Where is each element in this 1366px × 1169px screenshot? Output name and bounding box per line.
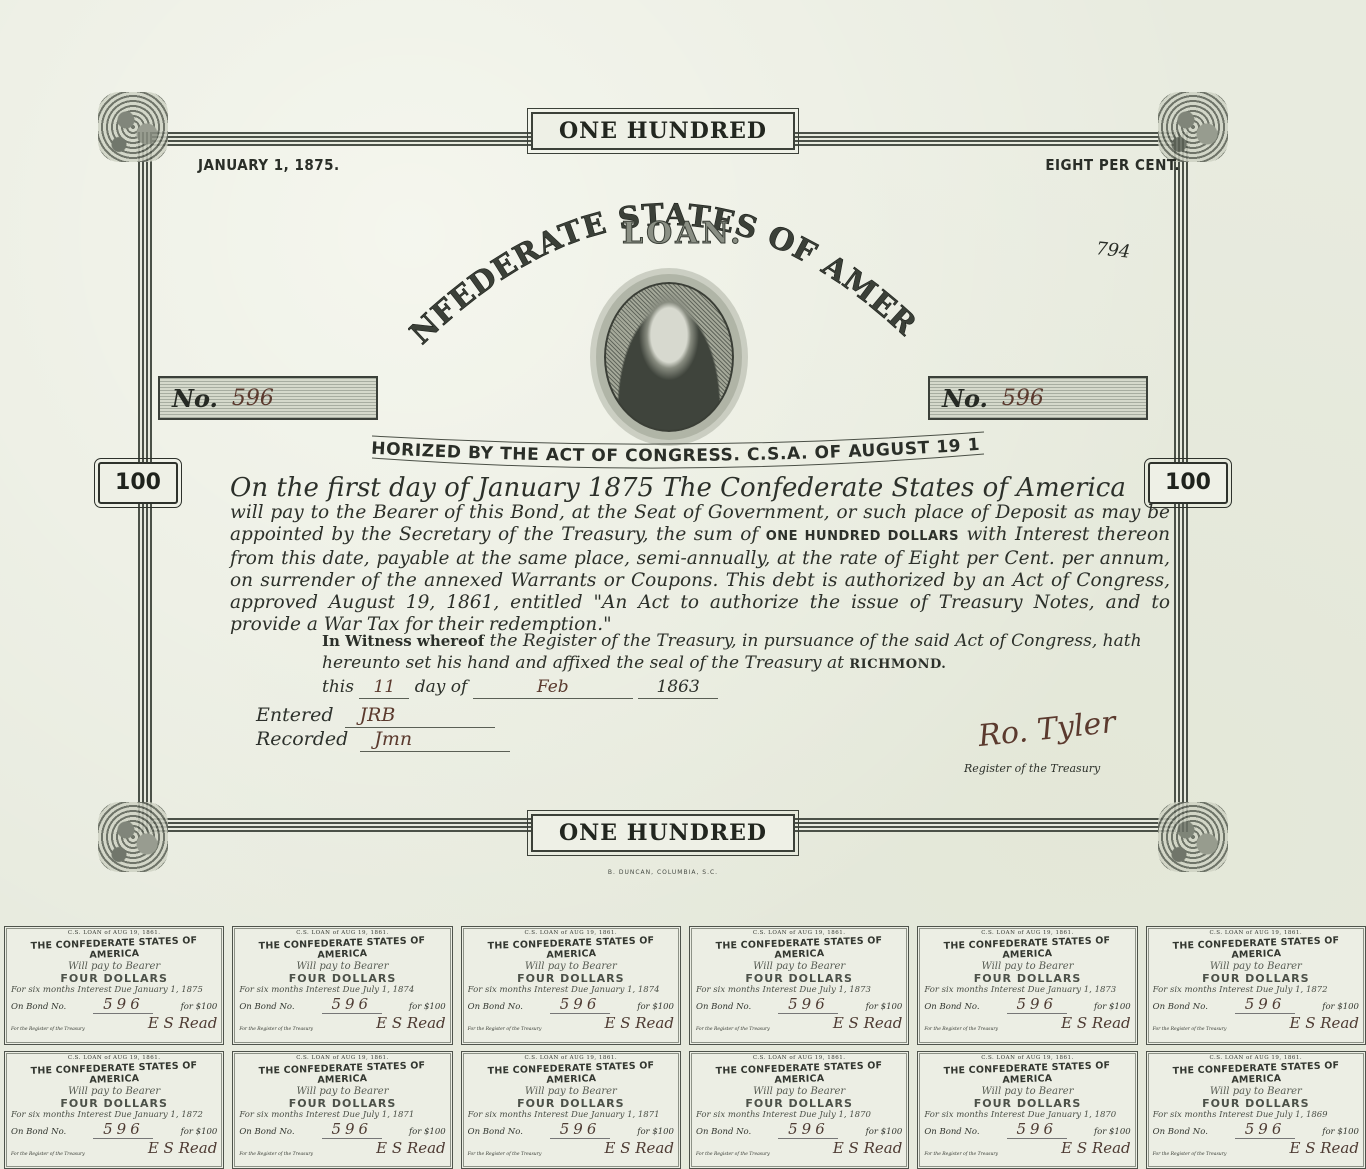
coupon-bond-number: 596 xyxy=(93,1120,153,1139)
coupon-signature: E S Read xyxy=(1061,1139,1130,1157)
coupon-register-label: For the Register of the Treasury xyxy=(1153,1152,1227,1157)
coupon-register-label: For the Register of the Treasury xyxy=(1153,1027,1227,1032)
corner-ornament-icon xyxy=(98,802,168,872)
coupon-amount: FOUR DOLLARS xyxy=(468,972,674,985)
coupon-bond-number: 596 xyxy=(1007,1120,1067,1139)
interest-coupon: C.S. LOAN of AUG 19, 1861. THE CONFEDERA… xyxy=(461,1051,681,1169)
maturity-date: JANUARY 1, 1875. xyxy=(198,156,340,174)
bond-opening: On the first day of January 1875 The Con… xyxy=(230,474,1170,502)
coupon-footer: For the Register of the Treasury E S Rea… xyxy=(696,1139,902,1157)
coupon-for-label: for $100 xyxy=(637,1002,674,1012)
coupon-title: THE CONFEDERATE STATES OF AMERICA xyxy=(11,934,218,963)
issue-year: 1863 xyxy=(638,676,718,699)
coupon-amount: FOUR DOLLARS xyxy=(696,1097,902,1110)
interest-coupon: C.S. LOAN of AUG 19, 1861. THE CONFEDERA… xyxy=(1146,926,1366,1045)
coupon-amount: FOUR DOLLARS xyxy=(11,972,217,985)
day-of-label: day of xyxy=(415,677,468,697)
bond-body: On the first day of January 1875 The Con… xyxy=(230,474,1170,636)
coupon-bond-line: On Bond No. 596 for $100 xyxy=(11,1120,217,1139)
denomination-left: 100 xyxy=(98,462,178,504)
coupon-register-label: For the Register of the Treasury xyxy=(239,1027,313,1032)
coupon-bond-number: 596 xyxy=(1235,1120,1295,1139)
coupon-for-label: for $100 xyxy=(1094,1002,1131,1012)
coupon-signature: E S Read xyxy=(605,1139,674,1157)
bond-number-box-right: No. 596 xyxy=(928,376,1148,420)
this-label: this xyxy=(322,677,354,697)
coupon-bond-number: 596 xyxy=(550,995,610,1014)
coupon-amount: FOUR DOLLARS xyxy=(239,972,445,985)
coupon-title: THE CONFEDERATE STATES OF AMERICA xyxy=(239,1059,446,1088)
coupon-due: For six months Interest Due January 1, 1… xyxy=(11,985,217,995)
engraver-imprint: B. DUNCAN, COLUMBIA, S.C. xyxy=(608,869,718,876)
coupon-due: For six months Interest Due January 1, 1… xyxy=(468,985,674,995)
coupon-sheet: C.S. LOAN of AUG 19, 1861. THE CONFEDERA… xyxy=(4,926,1366,1169)
authorization-text: AUTHORIZED BY THE ACT OF CONGRESS. C.S.A… xyxy=(368,424,981,466)
coupon-bond-number: 596 xyxy=(1235,995,1295,1014)
number-label: No. xyxy=(172,384,218,413)
coupon-register-label: For the Register of the Treasury xyxy=(239,1152,313,1157)
interest-coupon: C.S. LOAN of AUG 19, 1861. THE CONFEDERA… xyxy=(232,926,452,1045)
number-label: No. xyxy=(942,384,988,413)
coupon-for-label: for $100 xyxy=(1322,1127,1359,1137)
coupon-amount: FOUR DOLLARS xyxy=(1153,1097,1359,1110)
interest-coupon: C.S. LOAN of AUG 19, 1861. THE CONFEDERA… xyxy=(1146,1051,1366,1169)
coupon-amount: FOUR DOLLARS xyxy=(696,972,902,985)
coupon-for-label: for $100 xyxy=(181,1127,218,1137)
coupon-will-pay: Will pay to Bearer xyxy=(924,961,1130,972)
bond-number-left: 596 xyxy=(232,386,274,411)
coupon-for-label: for $100 xyxy=(409,1127,446,1137)
coupon-title: THE CONFEDERATE STATES OF AMERICA xyxy=(239,934,446,963)
coupon-due: For six months Interest Due January 1, 1… xyxy=(924,1110,1130,1120)
coupon-title: THE CONFEDERATE STATES OF AMERICA xyxy=(924,934,1131,963)
coupon-footer: For the Register of the Treasury E S Rea… xyxy=(1153,1139,1359,1157)
witness-city: RICHMOND. xyxy=(849,657,946,672)
coupon-bond-number: 596 xyxy=(1007,995,1067,1014)
coupon-amount: FOUR DOLLARS xyxy=(468,1097,674,1110)
coupon-footer: For the Register of the Treasury E S Rea… xyxy=(468,1139,674,1157)
coupon-due: For six months Interest Due January 1, 1… xyxy=(11,1110,217,1120)
coupon-bond-line: On Bond No. 596 for $100 xyxy=(1153,995,1359,1014)
coupon-amount: FOUR DOLLARS xyxy=(924,972,1130,985)
coupon-amount: FOUR DOLLARS xyxy=(11,1097,217,1110)
entered-label: Entered xyxy=(256,704,333,728)
coupon-title: THE CONFEDERATE STATES OF AMERICA xyxy=(467,934,674,963)
witness-lead: In Witness whereof xyxy=(322,632,484,650)
coupon-bond-label: On Bond No. xyxy=(924,1002,979,1012)
coupon-bond-number: 596 xyxy=(93,995,153,1014)
coupon-title: THE CONFEDERATE STATES OF AMERICA xyxy=(1152,1059,1359,1088)
corner-ornament-icon xyxy=(1158,802,1228,872)
coupon-will-pay: Will pay to Bearer xyxy=(696,961,902,972)
coupon-bond-label: On Bond No. xyxy=(1153,1127,1208,1137)
register-signature: Ro. Tyler xyxy=(977,705,1118,754)
coupon-signature: E S Read xyxy=(376,1014,445,1032)
coupon-signature: E S Read xyxy=(833,1139,902,1157)
interest-coupon: C.S. LOAN of AUG 19, 1861. THE CONFEDERA… xyxy=(232,1051,452,1169)
coupon-footer: For the Register of the Treasury E S Rea… xyxy=(239,1014,445,1032)
coupon-title: THE CONFEDERATE STATES OF AMERICA xyxy=(1152,934,1359,963)
coupon-footer: For the Register of the Treasury E S Rea… xyxy=(924,1014,1130,1032)
authorization-ribbon: AUTHORIZED BY THE ACT OF CONGRESS. C.S.A… xyxy=(368,424,988,474)
coupon-bond-label: On Bond No. xyxy=(696,1127,751,1137)
coupon-bond-number: 596 xyxy=(778,995,838,1014)
coupon-for-label: for $100 xyxy=(1322,1002,1359,1012)
witness-clause: In Witness whereof the Register of the T… xyxy=(322,630,1172,699)
coupon-footer: For the Register of the Treasury E S Rea… xyxy=(924,1139,1130,1157)
coupon-will-pay: Will pay to Bearer xyxy=(468,961,674,972)
recorded-label: Recorded xyxy=(256,728,348,752)
coupon-for-label: for $100 xyxy=(637,1127,674,1137)
coupon-signature: E S Read xyxy=(605,1014,674,1032)
coupon-footer: For the Register of the Treasury E S Rea… xyxy=(11,1139,217,1157)
bond-amount: ONE HUNDRED DOLLARS xyxy=(766,529,959,544)
entry-record: Entered JRB Recorded Jmn xyxy=(256,704,556,752)
loan-heading: LOAN. xyxy=(622,216,743,251)
coupon-title: THE CONFEDERATE STATES OF AMERICA xyxy=(11,1059,218,1088)
coupon-bond-label: On Bond No. xyxy=(468,1127,523,1137)
recorded-initials: Jmn xyxy=(360,728,510,752)
bond-frame: ONE HUNDRED ONE HUNDRED JANUARY 1, 1875.… xyxy=(138,132,1188,832)
denomination-banner-top: ONE HUNDRED xyxy=(531,112,795,150)
coupon-bond-line: On Bond No. 596 for $100 xyxy=(239,1120,445,1139)
coupon-for-label: for $100 xyxy=(1094,1127,1131,1137)
register-label: Register of the Treasury xyxy=(964,762,1100,775)
denomination-banner-bottom: ONE HUNDRED xyxy=(531,814,795,852)
coupon-bond-label: On Bond No. xyxy=(239,1002,294,1012)
serial-number: 794 xyxy=(1095,238,1131,262)
coupon-will-pay: Will pay to Bearer xyxy=(11,961,217,972)
entered-initials: JRB xyxy=(345,704,495,728)
coupon-bond-line: On Bond No. 596 for $100 xyxy=(11,995,217,1014)
coupon-due: For six months Interest Due July 1, 1873 xyxy=(696,985,902,995)
coupon-footer: For the Register of the Treasury E S Rea… xyxy=(239,1139,445,1157)
coupon-register-label: For the Register of the Treasury xyxy=(11,1027,85,1032)
corner-ornament-icon xyxy=(98,92,168,162)
coupon-bond-line: On Bond No. 596 for $100 xyxy=(468,995,674,1014)
coupon-register-label: For the Register of the Treasury xyxy=(696,1152,770,1157)
coupon-footer: For the Register of the Treasury E S Rea… xyxy=(1153,1014,1359,1032)
coupon-bond-number: 596 xyxy=(322,995,382,1014)
coupon-signature: E S Read xyxy=(148,1014,217,1032)
coupon-bond-line: On Bond No. 596 for $100 xyxy=(468,1120,674,1139)
coupon-register-label: For the Register of the Treasury xyxy=(11,1152,85,1157)
bond-number-box-left: No. 596 xyxy=(158,376,378,420)
coupon-bond-label: On Bond No. xyxy=(11,1002,66,1012)
coupon-signature: E S Read xyxy=(1290,1014,1359,1032)
coupon-bond-label: On Bond No. xyxy=(924,1127,979,1137)
interest-coupon: C.S. LOAN of AUG 19, 1861. THE CONFEDERA… xyxy=(461,926,681,1045)
coupon-bond-label: On Bond No. xyxy=(468,1002,523,1012)
bond-document: ONE HUNDRED ONE HUNDRED JANUARY 1, 1875.… xyxy=(0,0,1366,1169)
coupon-title: THE CONFEDERATE STATES OF AMERICA xyxy=(696,934,903,963)
coupon-due: For six months Interest Due July 1, 1872 xyxy=(1153,985,1359,995)
coupon-for-label: for $100 xyxy=(866,1127,903,1137)
svg-text:AUTHORIZED BY THE ACT OF CONGR: AUTHORIZED BY THE ACT OF CONGRESS. C.S.A… xyxy=(368,424,981,466)
coupon-due: For six months Interest Due January 1, 1… xyxy=(468,1110,674,1120)
coupon-bond-line: On Bond No. 596 for $100 xyxy=(696,995,902,1014)
coupon-signature: E S Read xyxy=(833,1014,902,1032)
coupon-bond-number: 596 xyxy=(322,1120,382,1139)
coupon-footer: For the Register of the Treasury E S Rea… xyxy=(11,1014,217,1032)
coupon-signature: E S Read xyxy=(1290,1139,1359,1157)
interest-coupon: C.S. LOAN of AUG 19, 1861. THE CONFEDERA… xyxy=(689,1051,909,1169)
coupon-for-label: for $100 xyxy=(181,1002,218,1012)
coupon-will-pay: Will pay to Bearer xyxy=(1153,961,1359,972)
coupon-bond-number: 596 xyxy=(550,1120,610,1139)
coupon-due: For six months Interest Due July 1, 1869 xyxy=(1153,1110,1359,1120)
bond-number-right: 596 xyxy=(1002,386,1044,411)
coupon-register-label: For the Register of the Treasury xyxy=(468,1152,542,1157)
issue-month: Feb xyxy=(473,676,633,699)
interest-coupon: C.S. LOAN of AUG 19, 1861. THE CONFEDERA… xyxy=(4,1051,224,1169)
coupon-will-pay: Will pay to Bearer xyxy=(239,961,445,972)
interest-rate: EIGHT PER CENT. xyxy=(1045,156,1180,174)
coupon-signature: E S Read xyxy=(148,1139,217,1157)
coupon-title: THE CONFEDERATE STATES OF AMERICA xyxy=(696,1059,903,1088)
coupon-bond-line: On Bond No. 596 for $100 xyxy=(696,1120,902,1139)
coupon-bond-line: On Bond No. 596 for $100 xyxy=(239,995,445,1014)
coupon-register-label: For the Register of the Treasury xyxy=(924,1027,998,1032)
coupon-amount: FOUR DOLLARS xyxy=(924,1097,1130,1110)
coupon-footer: For the Register of the Treasury E S Rea… xyxy=(696,1014,902,1032)
coupon-due: For six months Interest Due July 1, 1870 xyxy=(696,1110,902,1120)
interest-coupon: C.S. LOAN of AUG 19, 1861. THE CONFEDERA… xyxy=(689,926,909,1045)
coupon-bond-line: On Bond No. 596 for $100 xyxy=(1153,1120,1359,1139)
coupon-due: For six months Interest Due January 1, 1… xyxy=(924,985,1130,995)
coupon-title: THE CONFEDERATE STATES OF AMERICA xyxy=(924,1059,1131,1088)
coupon-bond-label: On Bond No. xyxy=(696,1002,751,1012)
coupon-register-label: For the Register of the Treasury xyxy=(924,1152,998,1157)
coupon-footer: For the Register of the Treasury E S Rea… xyxy=(468,1014,674,1032)
coupon-bond-line: On Bond No. 596 for $100 xyxy=(924,995,1130,1014)
coupon-register-label: For the Register of the Treasury xyxy=(468,1027,542,1032)
coupon-bond-label: On Bond No. xyxy=(1153,1002,1208,1012)
coupon-bond-label: On Bond No. xyxy=(239,1127,294,1137)
coupon-due: For six months Interest Due July 1, 1874 xyxy=(239,985,445,995)
interest-coupon: C.S. LOAN of AUG 19, 1861. THE CONFEDERA… xyxy=(4,926,224,1045)
coupon-for-label: for $100 xyxy=(866,1002,903,1012)
interest-coupon: C.S. LOAN of AUG 19, 1861. THE CONFEDERA… xyxy=(917,1051,1137,1169)
coupon-signature: E S Read xyxy=(376,1139,445,1157)
coupon-amount: FOUR DOLLARS xyxy=(1153,972,1359,985)
coupon-signature: E S Read xyxy=(1061,1014,1130,1032)
coupon-title: THE CONFEDERATE STATES OF AMERICA xyxy=(467,1059,674,1088)
issue-day: 11 xyxy=(359,676,409,699)
corner-ornament-icon xyxy=(1158,92,1228,162)
coupon-bond-line: On Bond No. 596 for $100 xyxy=(924,1120,1130,1139)
coupon-due: For six months Interest Due July 1, 1871 xyxy=(239,1110,445,1120)
coupon-amount: FOUR DOLLARS xyxy=(239,1097,445,1110)
coupon-bond-number: 596 xyxy=(778,1120,838,1139)
coupon-for-label: for $100 xyxy=(409,1002,446,1012)
portrait-vignette xyxy=(604,282,734,432)
coupon-register-label: For the Register of the Treasury xyxy=(696,1027,770,1032)
interest-coupon: C.S. LOAN of AUG 19, 1861. THE CONFEDERA… xyxy=(917,926,1137,1045)
coupon-bond-label: On Bond No. xyxy=(11,1127,66,1137)
